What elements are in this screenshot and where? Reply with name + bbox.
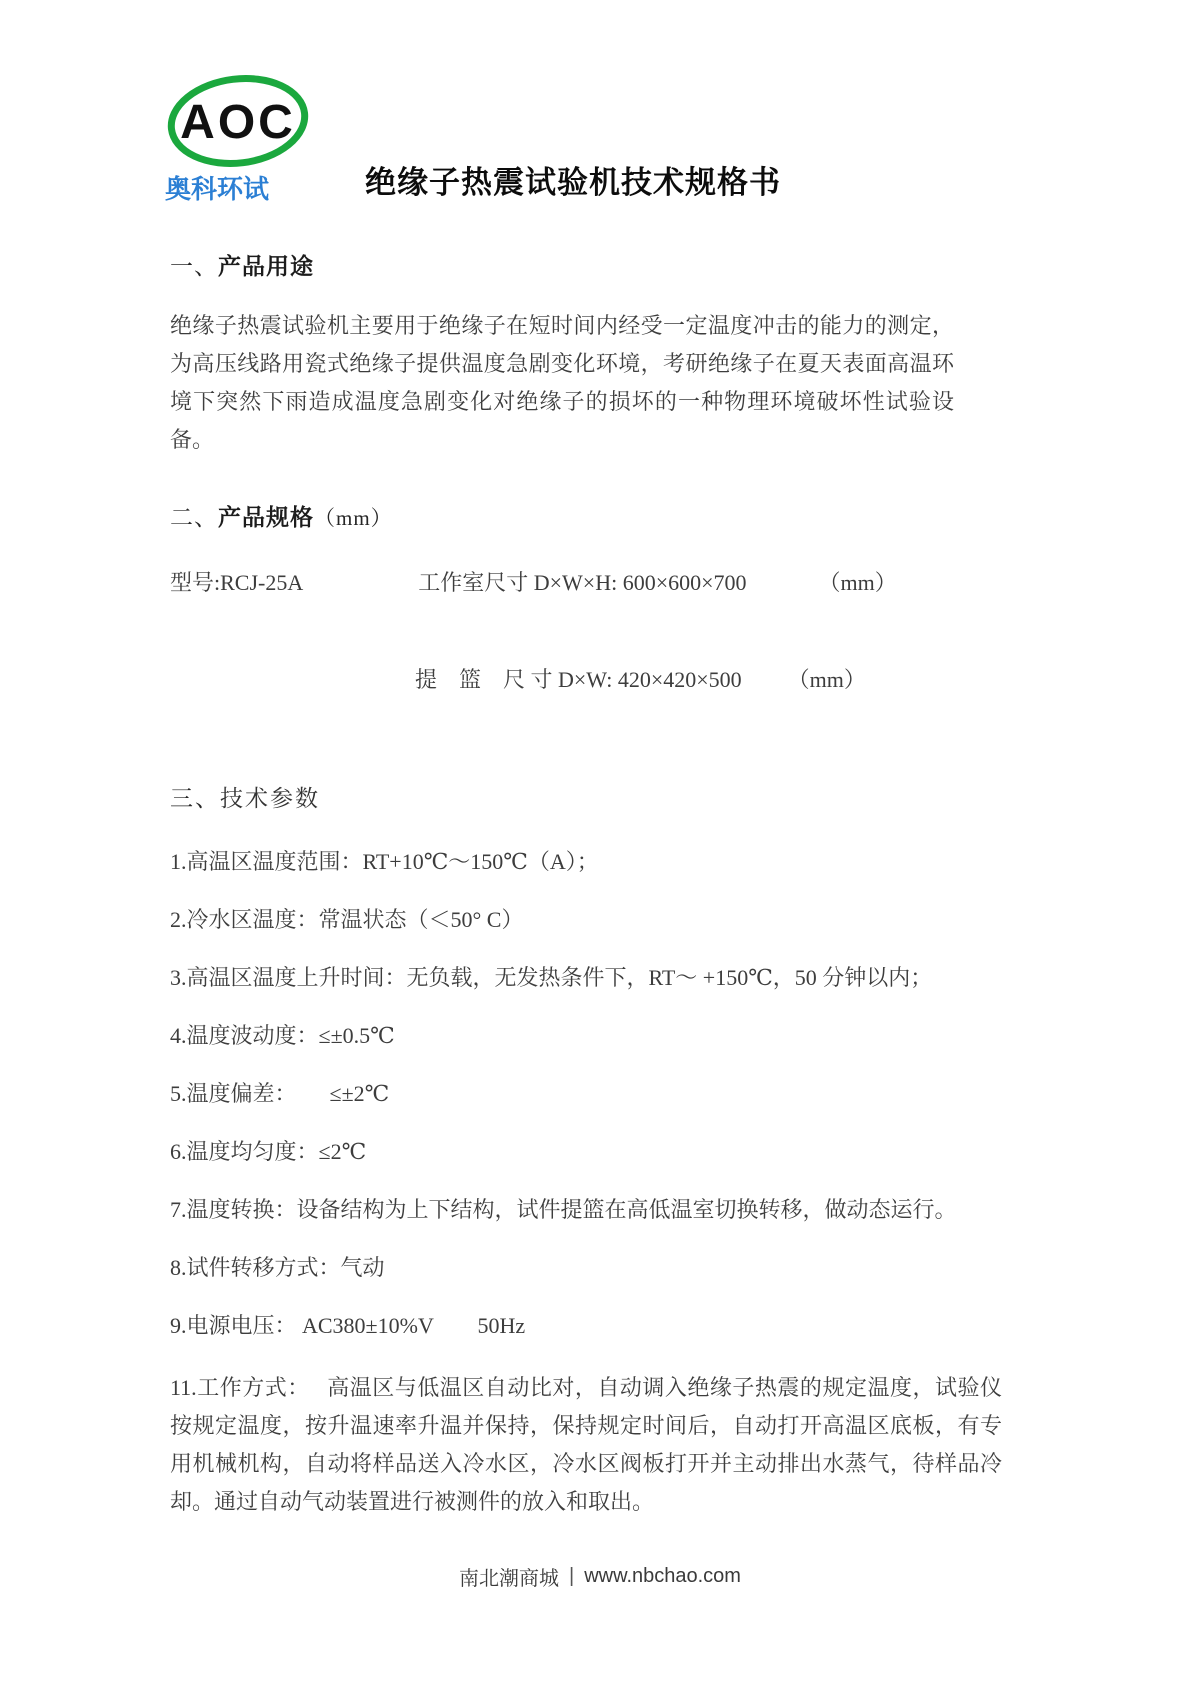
spec-row-basket: 提 篮 尺 寸 D×W: 420×420×500（mm）	[170, 663, 1170, 694]
footer-brand: 南北潮商城	[459, 1562, 559, 1591]
tech-item-8: 8.试件转移方式：气动	[170, 1253, 1170, 1283]
section-3-title: 技术参数	[220, 786, 320, 811]
section-2-title: 产品规格	[218, 504, 314, 530]
tech-parameter-list: 1.高温区温度范围：RT+10℃～150℃（A）； 2.冷水区温度：常温状态（＜…	[170, 847, 1170, 1521]
document-header: AOC 奥科环试 绝缘子热震试验机技术规格书	[0, 0, 1200, 204]
logo-company-name: 奥科环试	[165, 174, 313, 204]
document-page: AOC 奥科环试 绝缘子热震试验机技术规格书 一、产品用途 绝缘子热震试验机主要…	[0, 0, 1200, 1697]
page-footer: 南北潮商城 | www.nbchao.com	[0, 1562, 1200, 1591]
model-number: 型号:RCJ-25A	[170, 570, 303, 595]
document-body: 一、产品用途 绝缘子热震试验机主要用于绝缘子在短时间内经受一定温度冲击的能力的测…	[0, 248, 1200, 1521]
tech-item-9: 9.电源电压： AC380±10%V 50Hz	[170, 1311, 1170, 1341]
tech-item-4: 4.温度波动度：≤±0.5℃	[170, 1021, 1170, 1051]
tech-item-7: 7.温度转换：设备结构为上下结构，试件提篮在高低温室切换转移，做动态运行。	[170, 1195, 1170, 1225]
section-1-paragraph: 绝缘子热震试验机主要用于绝缘子在短时间内经受一定温度冲击的能力的测定，为高压线路…	[170, 307, 954, 459]
section-2-unit-note: （mm）	[314, 506, 393, 530]
section-1-title: 产品用途	[218, 253, 314, 279]
section-1-number: 一、	[170, 254, 218, 279]
tech-item-1: 1.高温区温度范围：RT+10℃～150℃（A）；	[170, 847, 1170, 877]
tech-item-2: 2.冷水区温度：常温状态（＜50° C）	[170, 905, 1170, 935]
workroom-dimension-unit: （mm）	[819, 566, 897, 597]
tech-item-11: 11.工作方式： 高温区与低温区自动比对，自动调入绝缘子热震的规定温度，试验仪按…	[170, 1369, 1002, 1521]
logo-acronym-text: AOC	[180, 96, 296, 149]
tech-item-6: 6.温度均匀度：≤2℃	[170, 1137, 1170, 1167]
logo-company-name-text: 奥科环试	[165, 174, 313, 204]
section-2-number: 二、	[170, 505, 218, 530]
spec-row-workroom: 型号:RCJ-25A工作室尺寸 D×W×H: 600×600×700（mm）	[170, 566, 1170, 597]
section-1-heading: 一、产品用途	[170, 248, 1170, 281]
section-3-heading: 三、技术参数	[170, 780, 1170, 813]
company-logo: AOC 奥科环试	[165, 72, 317, 204]
aoc-logo-oval-icon: AOC	[165, 72, 317, 172]
basket-dimension-unit: （mm）	[788, 663, 866, 694]
section-3-number: 三、	[170, 786, 220, 811]
section-2-heading: 二、产品规格（mm）	[170, 499, 1170, 532]
footer-url: www.nbchao.com	[584, 1565, 741, 1588]
basket-dimensions: 提 篮 尺 寸 D×W: 420×420×500	[415, 667, 742, 692]
workroom-dimensions: 工作室尺寸 D×W×H: 600×600×700	[418, 566, 746, 597]
tech-item-5: 5.温度偏差： ≤±2℃	[170, 1079, 1170, 1109]
page-title: 绝缘子热震试验机技术规格书	[365, 157, 781, 202]
footer-separator: |	[569, 1565, 574, 1588]
tech-item-3: 3.高温区温度上升时间：无负载，无发热条件下，RT～ +150℃，50 分钟以内…	[170, 963, 1170, 993]
